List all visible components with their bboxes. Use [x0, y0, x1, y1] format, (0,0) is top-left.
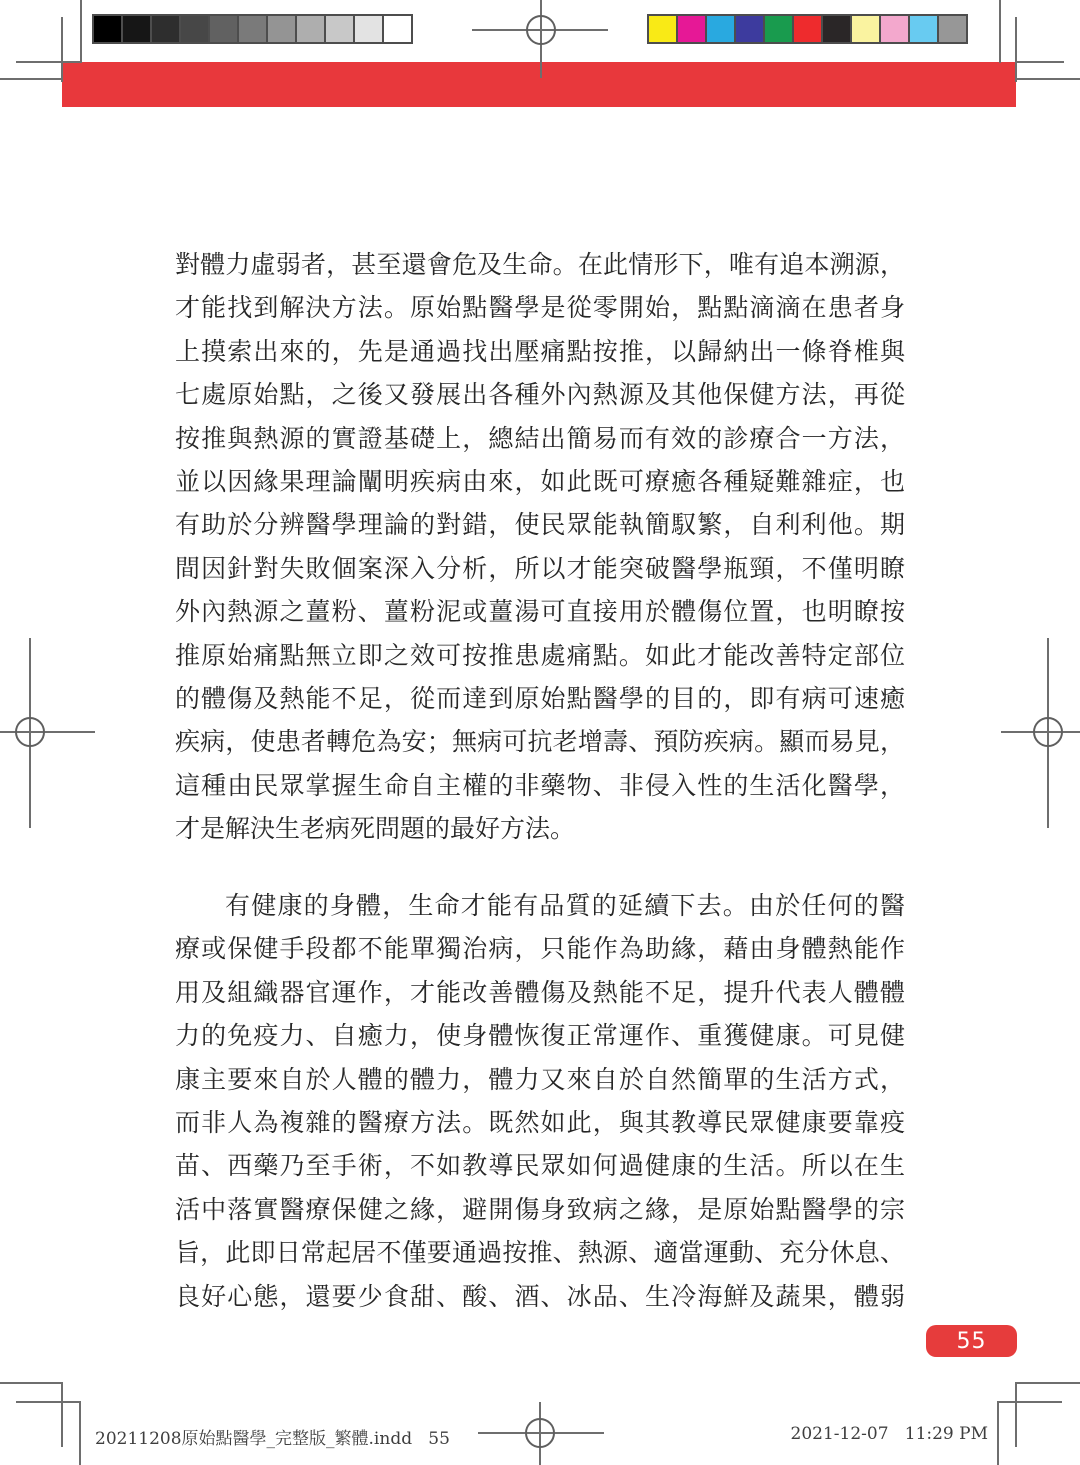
- text-line: 這種由民眾掌握生命自主權的非藥物、非侵入性的生活化醫學，: [175, 764, 905, 807]
- grayscale-swatch: [266, 14, 297, 44]
- crop-mark: [80, 0, 82, 63]
- text-line: 而非人為複雜的醫療方法。既然如此，與其教導民眾健康要靠疫: [175, 1101, 905, 1144]
- crop-mark: [79, 1401, 81, 1465]
- text-line: 的體傷及熱能不足，從而達到原始點醫學的目的，即有病可速癒: [175, 677, 905, 720]
- registration-circle-icon: [1033, 717, 1063, 747]
- grayscale-swatch: [150, 14, 181, 44]
- registration-circle-icon: [15, 717, 45, 747]
- crop-mark: [16, 1401, 80, 1403]
- text-line: 活中落實醫療保健之緣，避開傷身致病之緣，是原始點醫學的宗: [175, 1188, 905, 1231]
- text-line: 療或保健手段都不能單獨治病，只能作為助緣，藉由身體熱能作: [175, 927, 905, 970]
- color-swatch: [850, 14, 881, 44]
- text-line: 用及組織器官運作，才能改善體傷及熱能不足，提升代表人體體: [175, 971, 905, 1014]
- paragraph-2: 有健康的身體，生命才能有品質的延續下去。由於任何的醫療或保健手段都不能單獨治病，…: [175, 884, 905, 1318]
- crop-mark: [0, 78, 63, 80]
- color-swatch: [763, 14, 794, 44]
- crop-mark: [0, 1382, 63, 1384]
- paragraph-1: 對體力虛弱者，甚至還會危及生命。在此情形下，唯有追本溯源，才能找到解決方法。原始…: [175, 243, 905, 850]
- text-line: 上摸索出來的，先是通過找出壓痛點按推，以歸納出一條脊椎與: [175, 330, 905, 373]
- color-swatch: [647, 14, 678, 44]
- text-line: 推原始痛點無立即之效可按推患處痛點。如此才能改善特定部位: [175, 634, 905, 677]
- color-calibration-bar: [647, 14, 968, 44]
- grayscale-swatch: [353, 14, 384, 44]
- crop-mark: [997, 1401, 999, 1465]
- crop-mark: [1015, 1382, 1080, 1384]
- text-line: 有助於分辨醫學理論的對錯，使民眾能執簡馭繁，自利利他。期: [175, 503, 905, 546]
- text-line: 力的免疫力、自癒力，使身體恢復正常運作、重獲健康。可見健: [175, 1014, 905, 1057]
- text-line: 並以因緣果理論闡明疾病由來，如此既可療癒各種疑難雜症，也: [175, 460, 905, 503]
- text-line: 按推與熱源的實證基礎上，總結出簡易而有效的診療合一方法，: [175, 417, 905, 460]
- color-swatch: [908, 14, 939, 44]
- registration-circle-icon: [526, 15, 556, 45]
- red-header-banner: [62, 62, 1016, 107]
- text-line: 有健康的身體，生命才能有品質的延續下去。由於任何的醫: [175, 884, 905, 927]
- grayscale-swatch: [324, 14, 355, 44]
- print-proof-page: 對體力虛弱者，甚至還會危及生命。在此情形下，唯有追本溯源，才能找到解決方法。原始…: [0, 0, 1080, 1465]
- grayscale-calibration-bar: [92, 14, 413, 44]
- grayscale-swatch: [382, 14, 413, 44]
- crop-mark: [61, 1382, 63, 1447]
- crop-mark: [16, 61, 82, 63]
- text-line: 康主要來自於人體的體力，體力又來自於自然簡單的生活方式，: [175, 1058, 905, 1101]
- crop-mark: [1015, 1382, 1017, 1447]
- page-number-badge: 55: [926, 1325, 1017, 1357]
- text-line: 對體力虛弱者，甚至還會危及生命。在此情形下，唯有追本溯源，: [175, 243, 905, 286]
- crop-mark: [1015, 61, 1064, 63]
- grayscale-swatch: [295, 14, 326, 44]
- crop-mark: [1015, 17, 1017, 82]
- color-swatch: [734, 14, 765, 44]
- text-line: 苗、西藥乃至手術，不如教導民眾如何過健康的生活。所以在生: [175, 1144, 905, 1187]
- text-line: 疾病，使患者轉危為安；無病可抗老增壽、預防疾病。顯而易見，: [175, 720, 905, 763]
- color-swatch: [792, 14, 823, 44]
- page-number: 55: [957, 1329, 987, 1354]
- registration-circle-icon: [525, 1418, 555, 1448]
- grayscale-swatch: [92, 14, 123, 44]
- crop-mark: [1015, 78, 1080, 80]
- color-swatch: [705, 14, 736, 44]
- text-line: 七處原始點，之後又發展出各種外內熱源及其他保健方法，再從: [175, 373, 905, 416]
- crop-mark: [997, 1401, 1062, 1403]
- text-line: 旨，此即日常起居不僅要通過按推、熱源、適當運動、充分休息、: [175, 1231, 905, 1274]
- text-line: 才是解決生老病死問題的最好方法。: [175, 807, 905, 850]
- color-swatch: [676, 14, 707, 44]
- text-line: 良好心態，還要少食甜、酸、酒、冰品、生冷海鮮及蔬果，體弱: [175, 1275, 905, 1318]
- text-line: 才能找到解決方法。原始點醫學是從零開始，點點滴滴在患者身: [175, 286, 905, 329]
- footer-timestamp: 2021-12-07 11:29 PM: [791, 1424, 988, 1444]
- text-line: 外內熱源之薑粉、薑粉泥或薑湯可直接用於體傷位置，也明瞭按: [175, 590, 905, 633]
- grayscale-swatch: [179, 14, 210, 44]
- crop-mark: [999, 0, 1001, 63]
- footer-filename: 20211208原始點醫學_完整版_繁體.indd 55: [95, 1424, 450, 1449]
- color-swatch: [821, 14, 852, 44]
- grayscale-swatch: [237, 14, 268, 44]
- color-swatch: [937, 14, 968, 44]
- grayscale-swatch: [121, 14, 152, 44]
- grayscale-swatch: [208, 14, 239, 44]
- crop-mark: [61, 17, 63, 82]
- text-line: 間因針對失敗個案深入分析，所以才能突破醫學瓶頸，不僅明瞭: [175, 547, 905, 590]
- color-swatch: [879, 14, 910, 44]
